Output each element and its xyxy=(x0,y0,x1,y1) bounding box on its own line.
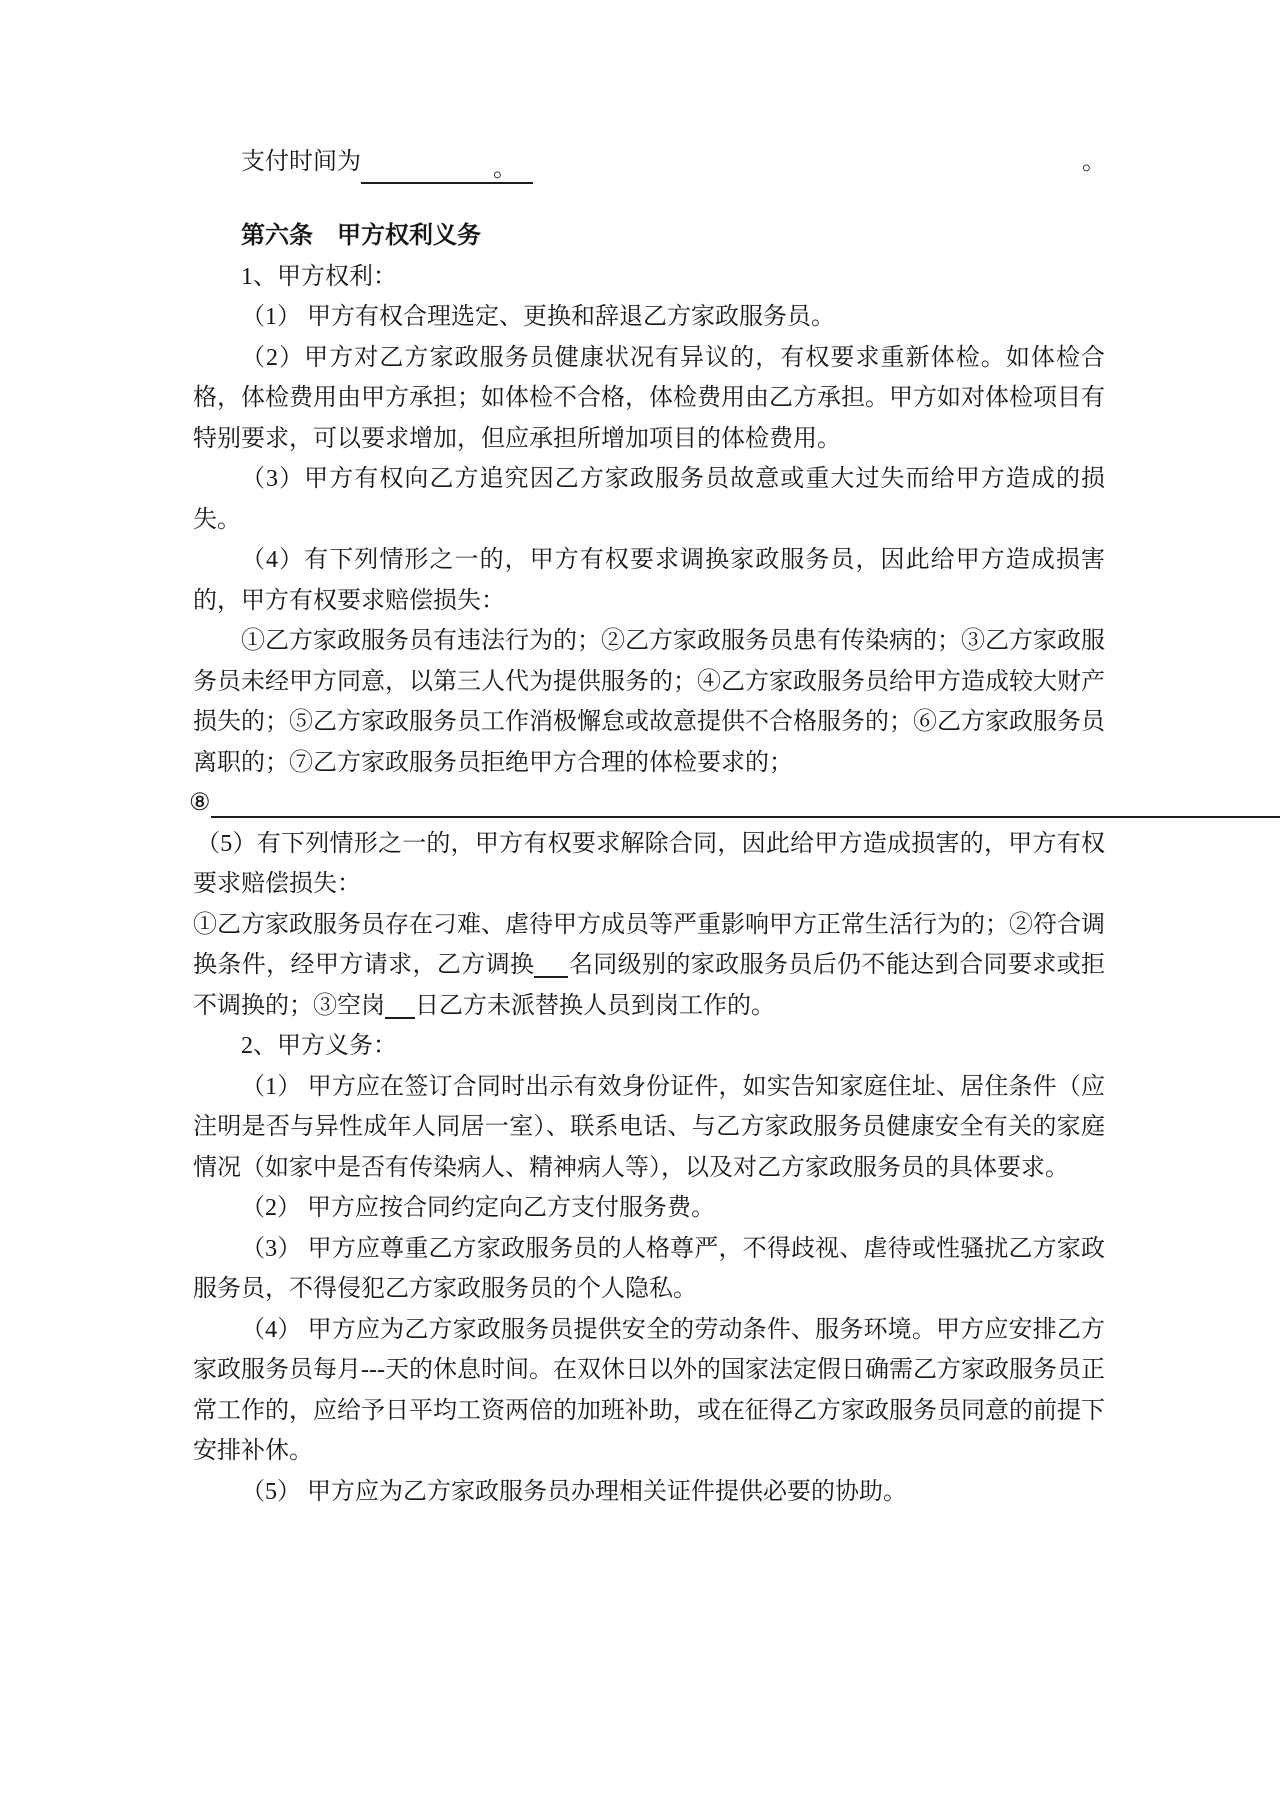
overflow-period: 。 xyxy=(1082,142,1106,183)
rights-item-1: （1） 甲方有权合理选定、更换和辞退乙方家政服务员。 xyxy=(193,297,1105,338)
document-content: 支付时间为。 第六条 甲方权利义务 1、甲方权利： （1） 甲方有权合理选定、更… xyxy=(193,142,1105,1512)
vacancy-days-blank xyxy=(385,1005,415,1019)
payment-time-label: 支付时间为 xyxy=(241,149,361,175)
rights-item-3: （3）甲方有权向乙方追究因乙方家政服务员故意或重大过失而给甲方造成的损失。 xyxy=(193,459,1105,540)
obligations-item-4: （4） 甲方应为乙方家政服务员提供安全的劳动条件、服务环境。甲方应安排乙方家政服… xyxy=(193,1310,1105,1472)
rights-item-2: （2）甲方对乙方家政服务员健康状况有异议的，有权要求重新体检。如体检合格，体检费… xyxy=(193,338,1105,460)
contract-document-page: 。 支付时间为。 第六条 甲方权利义务 1、甲方权利： （1） 甲方有权合理选定… xyxy=(0,0,1280,1810)
sublist-segment-c: 日乙方未派替换人员到岗工作的。 xyxy=(415,993,775,1019)
rights-item-4: （4）有下列情形之一的，甲方有权要求调换家政服务员，因此给甲方造成损害的，甲方有… xyxy=(193,540,1105,621)
obligations-item-1: （1） 甲方应在签订合同时出示有效身份证件，如实告知家庭住址、居住条件（应注明是… xyxy=(193,1067,1105,1189)
payment-time-line: 支付时间为。 xyxy=(193,142,1105,184)
party-a-obligations-title: 2、甲方义务： xyxy=(193,1026,1105,1067)
replacement-count-blank xyxy=(534,964,568,978)
party-a-rights-title: 1、甲方权利： xyxy=(193,257,1105,298)
payment-blank-period: 。 xyxy=(493,156,517,182)
obligations-item-5: （5） 甲方应为乙方家政服务员办理相关证件提供必要的协助。 xyxy=(193,1472,1105,1513)
obligations-item-3: （3） 甲方应尊重乙方家政服务员的人格尊严，不得歧视、虐待或性骚扰乙方家政服务员… xyxy=(193,1229,1105,1310)
obligations-item-2: （2） 甲方应按合同约定向乙方支付服务费。 xyxy=(193,1188,1105,1229)
article-6-heading: 第六条 甲方权利义务 xyxy=(193,216,1105,257)
item-8-fill-in-blank xyxy=(211,816,1280,818)
rights-item-5-sublist: ①乙方家政服务员存在刁难、虐待甲方成员等严重影响甲方正常生活行为的；②符合调换条… xyxy=(193,905,1105,1027)
rights-item-4-sublist: ①乙方家政服务员有违法行为的；②乙方家政服务员患有传染病的；③乙方家政服务员未经… xyxy=(193,621,1105,783)
rights-item-5: （5）有下列情形之一的，甲方有权要求解除合同，因此给甲方造成损害的，甲方有权要求… xyxy=(193,824,1105,905)
sublist-item-8-blank-line: ⑧ xyxy=(189,783,1280,824)
circled-8-label: ⑧ xyxy=(189,783,211,824)
payment-time-blank: 。 xyxy=(361,154,533,184)
